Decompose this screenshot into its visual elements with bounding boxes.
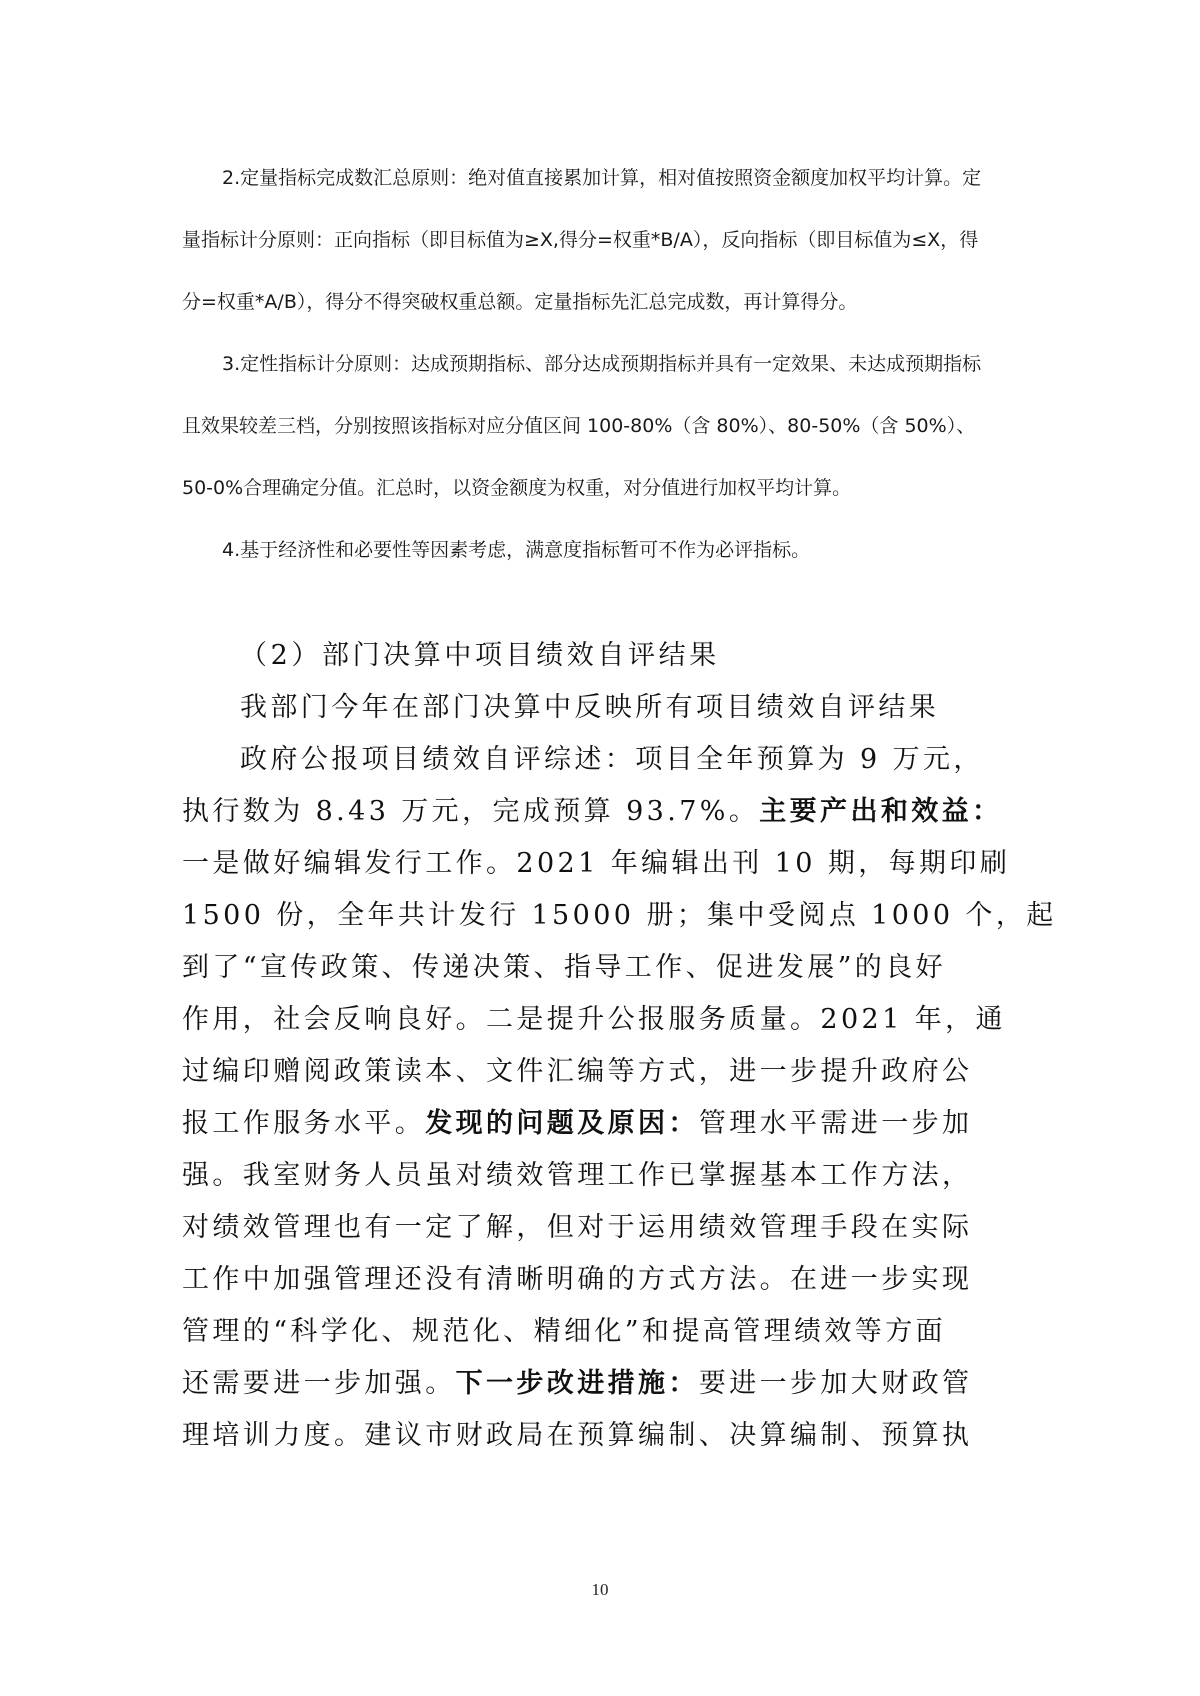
criteria-item-2-line-2: 量指标计分原则：正向指标（即目标值为≥X,得分=权重*B/A），反向指标（即目标… xyxy=(182,225,978,255)
page-number: 10 xyxy=(0,1580,1200,1600)
document-page: 2.定量指标完成数汇总原则：绝对值直接累加计算，相对值按照资金额度加权平均计算。… xyxy=(0,0,1200,1696)
criteria-item-2-line-3: 分=权重*A/B），得分不得突破权重总额。定量指标先汇总完成数，再计算得分。 xyxy=(182,287,857,317)
body-text: 报工作服务水平。 xyxy=(182,1108,425,1139)
bold-label-problems: 发现的问题及原因： xyxy=(425,1108,699,1139)
body-text: 管理水平需进一步加 xyxy=(699,1108,973,1139)
criteria-item-3-line-2: 且效果较差三档，分别按照该指标对应分值区间 100-80%（含 80%）、80-… xyxy=(182,411,975,441)
body-line: 理培训力度。建议市财政局在预算编制、决算编制、预算执 xyxy=(182,1416,972,1456)
body-line: 到了“宣传政策、传递决策、指导工作、促进发展”的良好 xyxy=(182,948,946,988)
body-text: 还需要进一步加强。 xyxy=(182,1368,456,1399)
criteria-item-3-line-1: 3.定性指标计分原则：达成预期指标、部分达成预期指标并具有一定效果、未达成预期指… xyxy=(222,349,981,379)
body-line: 工作中加强管理还没有清晰明确的方式方法。在进一步实现 xyxy=(182,1260,972,1300)
section-heading: （2）部门决算中项目绩效自评结果 xyxy=(240,636,720,676)
body-line: 管理的“科学化、规范化、精细化”和提高管理绩效等方面 xyxy=(182,1312,946,1352)
body-line: 政府公报项目绩效自评综述：项目全年预算为 9 万元， xyxy=(240,740,984,780)
body-line: 执行数为 8.43 万元，完成预算 93.7%。主要产出和效益： xyxy=(182,792,1002,832)
section-intro: 我部门今年在部门决算中反映所有项目绩效自评结果 xyxy=(240,688,939,728)
criteria-item-3-line-3: 50-0%合理确定分值。汇总时，以资金额度为权重，对分值进行加权平均计算。 xyxy=(182,473,851,503)
body-line: 过编印赠阅政策读本、文件汇编等方式，进一步提升政府公 xyxy=(182,1052,972,1092)
bold-label-next-steps: 下一步改进措施： xyxy=(456,1368,699,1399)
criteria-item-4-line-1: 4.基于经济性和必要性等因素考虑，满意度指标暂可不作为必评指标。 xyxy=(222,535,810,565)
body-line: 1500 份，全年共计发行 15000 册；集中受阅点 1000 个，起 xyxy=(182,896,1057,936)
body-line: 报工作服务水平。发现的问题及原因：管理水平需进一步加 xyxy=(182,1104,972,1144)
body-text: 执行数为 8.43 万元，完成预算 93.7%。 xyxy=(182,796,759,827)
bold-label-outputs: 主要产出和效益： xyxy=(759,796,1002,827)
body-line: 一是做好编辑发行工作。2021 年编辑出刊 10 期，每期印刷 xyxy=(182,844,1010,884)
body-line: 作用，社会反响良好。二是提升公报服务质量。2021 年，通 xyxy=(182,1000,1006,1040)
criteria-item-2-line-1: 2.定量指标完成数汇总原则：绝对值直接累加计算，相对值按照资金额度加权平均计算。… xyxy=(222,163,981,193)
body-line: 对绩效管理也有一定了解，但对于运用绩效管理手段在实际 xyxy=(182,1208,972,1248)
body-text: 要进一步加大财政管 xyxy=(699,1368,973,1399)
body-line: 强。我室财务人员虽对绩效管理工作已掌握基本工作方法， xyxy=(182,1156,972,1196)
body-line: 还需要进一步加强。下一步改进措施：要进一步加大财政管 xyxy=(182,1364,972,1404)
